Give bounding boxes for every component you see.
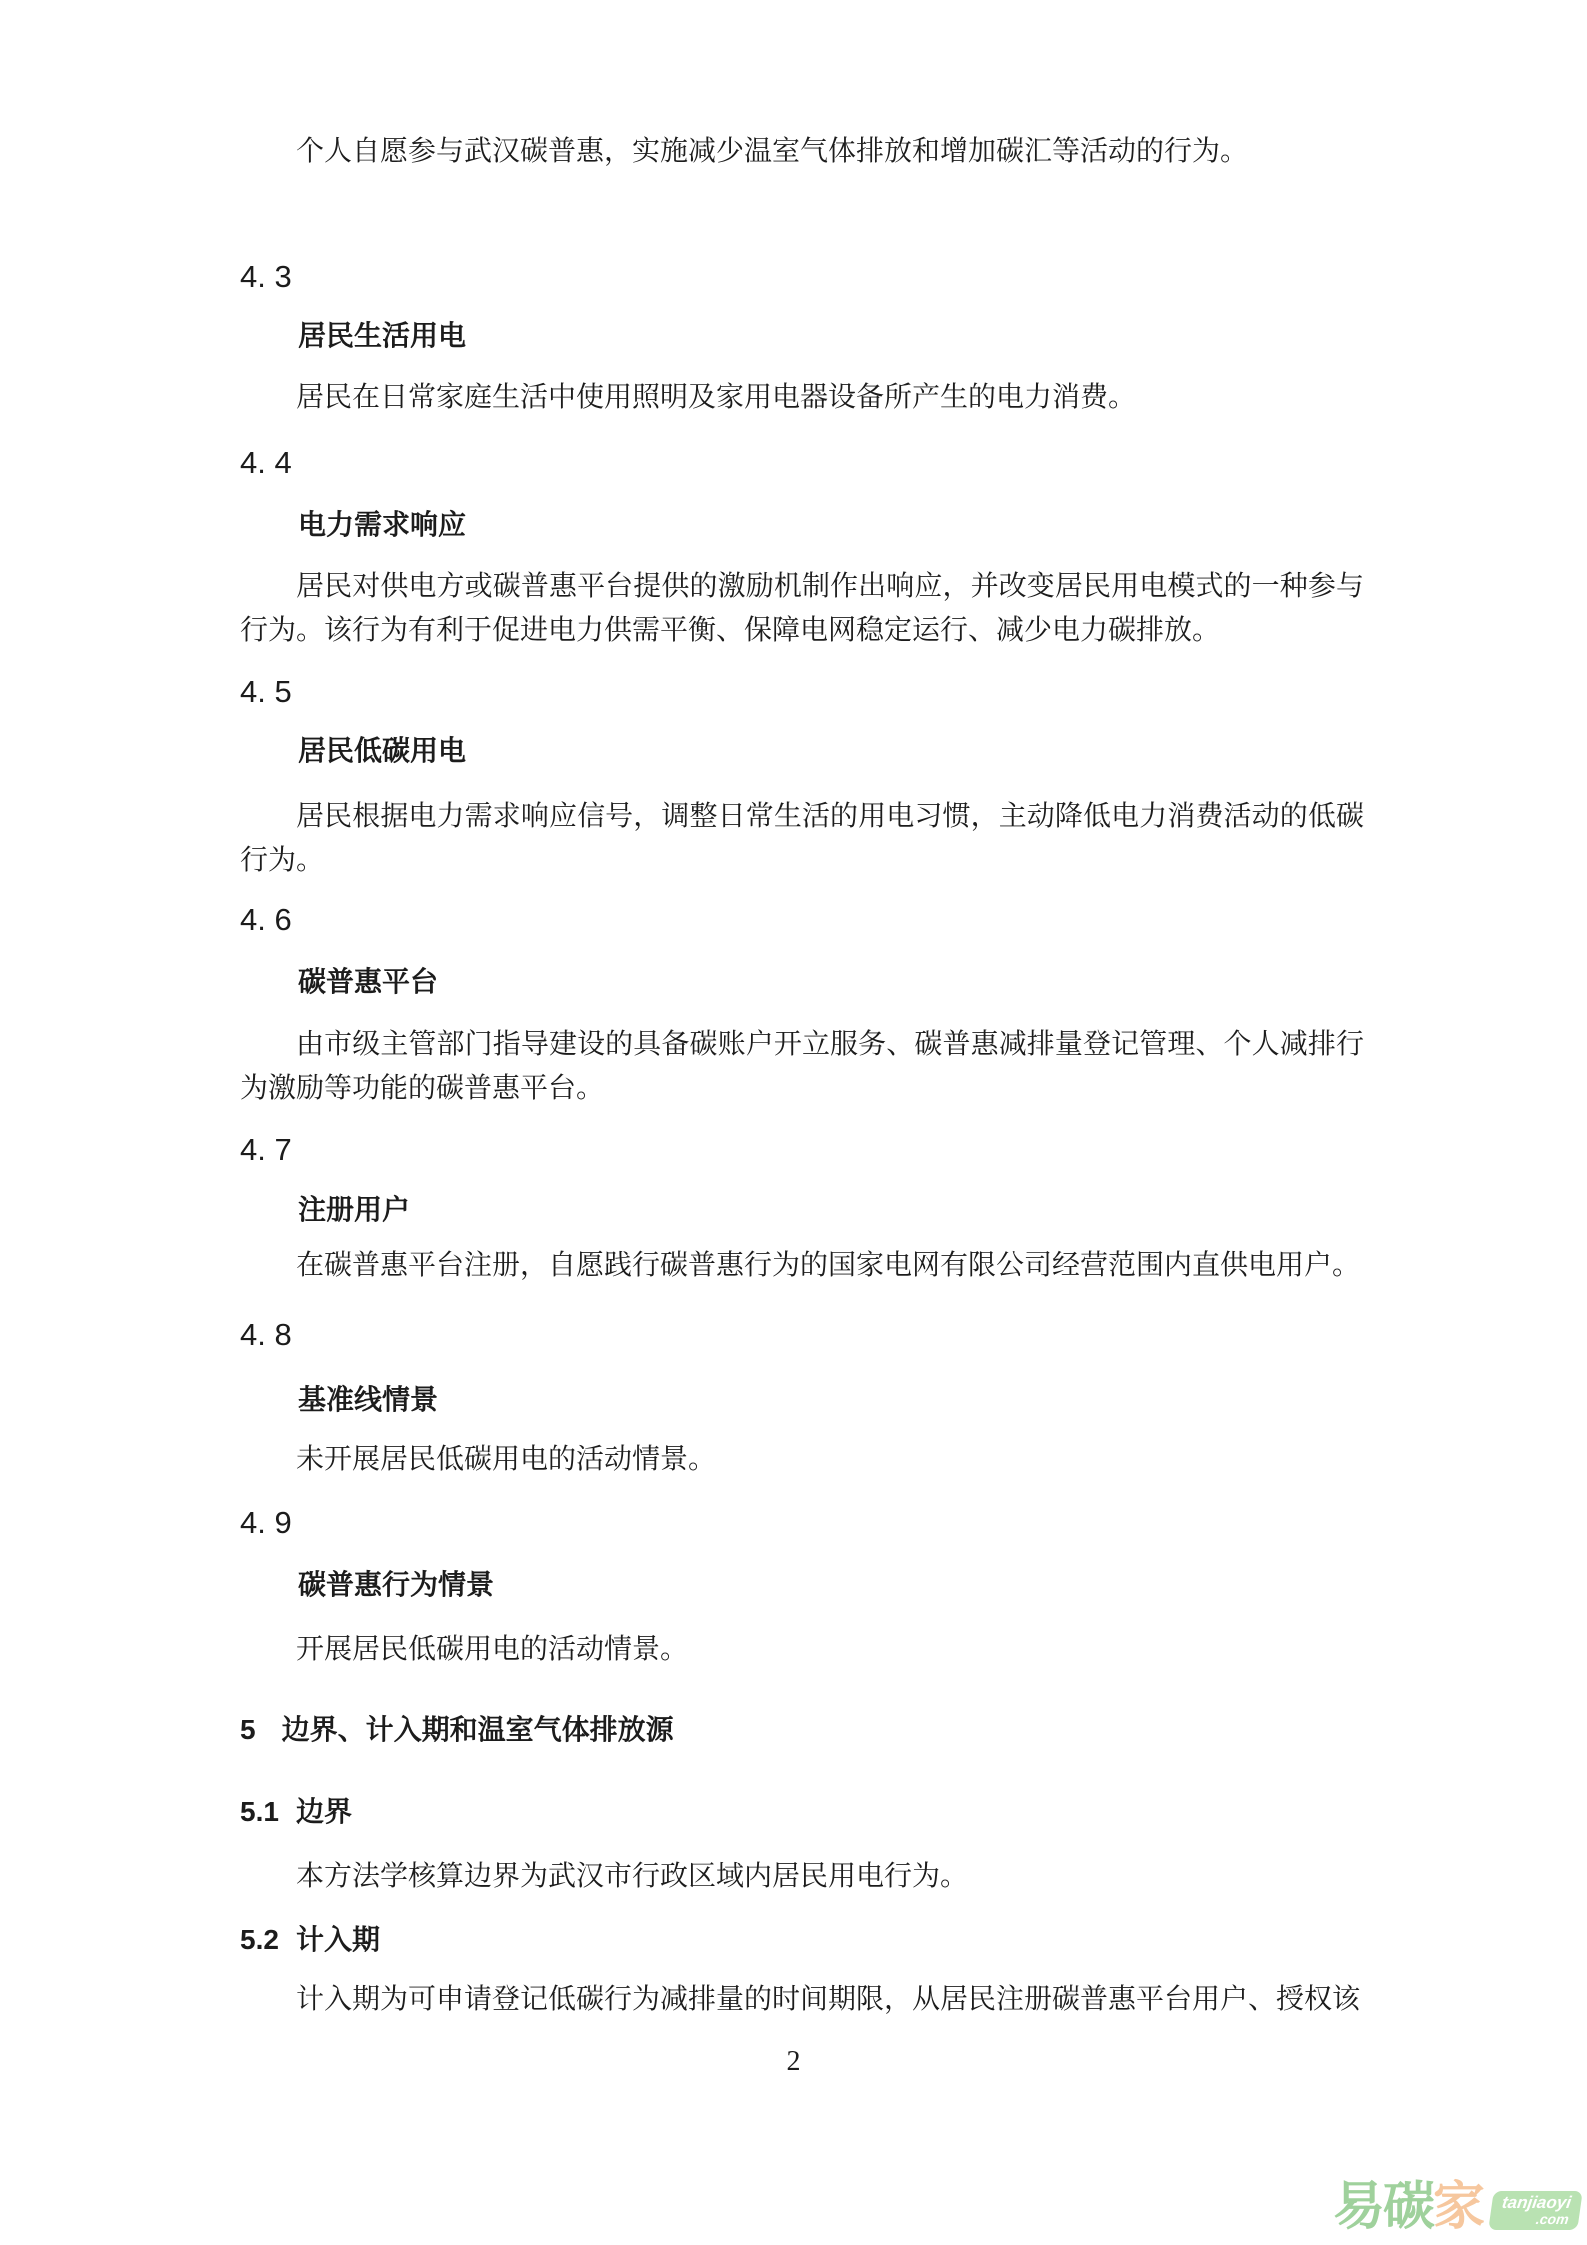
term-number-4-3: 4. 3 — [240, 255, 1364, 299]
term-definition-4-3: 居民在日常家庭生活中使用照明及家用电器设备所产生的电力消费。 — [240, 376, 1364, 420]
term-title-4-7: 注册用户 — [240, 1188, 1364, 1232]
term-definition-4-7: 在碳普惠平台注册，自愿践行碳普惠行为的国家电网有限公司经营范围内直供电用户。 — [240, 1244, 1364, 1288]
term-definition-4-9: 开展居民低碳用电的活动情景。 — [240, 1628, 1364, 1672]
section-5-title: 边界、计入期和温室气体排放源 — [282, 1714, 674, 1745]
section-5-1-heading: 5.1边界 — [240, 1790, 1364, 1834]
term-title-4-6: 碳普惠平台 — [240, 960, 1364, 1004]
watermark-domain-tld: .com — [1535, 2212, 1570, 2226]
document-page: 个人自愿参与武汉碳普惠，实施减少温室气体排放和增加碳汇等活动的行为。 4. 3 … — [0, 0, 1587, 2245]
intro-paragraph: 个人自愿参与武汉碳普惠，实施减少温室气体排放和增加碳汇等活动的行为。 — [240, 130, 1364, 174]
term-title-4-8: 基准线情景 — [240, 1378, 1364, 1422]
document-content: 个人自愿参与武汉碳普惠，实施减少温室气体排放和增加碳汇等活动的行为。 4. 3 … — [240, 0, 1364, 2022]
term-number-4-9: 4. 9 — [240, 1501, 1364, 1545]
term-number-4-4: 4. 4 — [240, 441, 1364, 485]
term-number-4-5: 4. 5 — [240, 670, 1364, 714]
section-5-1-number: 5.1 — [240, 1796, 279, 1827]
section-5-2-heading: 5.2计入期 — [240, 1918, 1364, 1962]
term-definition-4-8: 未开展居民低碳用电的活动情景。 — [240, 1438, 1364, 1482]
watermark-char-yi: 易 — [1333, 2181, 1383, 2233]
section-5-1-title: 边界 — [296, 1796, 352, 1827]
term-title-4-4: 电力需求响应 — [240, 503, 1364, 547]
term-number-4-8: 4. 8 — [240, 1313, 1364, 1357]
section-5-1-body: 本方法学核算边界为武汉市行政区域内居民用电行为。 — [240, 1855, 1364, 1899]
watermark-domain-badge: tanjiaoyi .com — [1488, 2191, 1582, 2230]
watermark-domain-name: tanjiaoyi — [1501, 2194, 1572, 2212]
term-number-4-7: 4. 7 — [240, 1128, 1364, 1172]
term-title-4-5: 居民低碳用电 — [240, 729, 1364, 773]
term-title-4-3: 居民生活用电 — [240, 314, 1364, 358]
term-definition-4-6: 由市级主管部门指导建设的具备碳账户开立服务、碳普惠减排量登记管理、个人减排行为激… — [240, 1023, 1364, 1111]
term-number-4-6: 4. 6 — [240, 898, 1364, 942]
page-number: 2 — [0, 2040, 1587, 2084]
section-5-2-title: 计入期 — [296, 1924, 380, 1955]
term-definition-4-4: 居民对供电方或碳普惠平台提供的激励机制作出响应，并改变居民用电模式的一种参与行为… — [240, 565, 1364, 653]
watermark-char-jia: 家 — [1433, 2181, 1483, 2233]
section-5-heading: 5边界、计入期和温室气体排放源 — [240, 1708, 1364, 1752]
tanjiaoyi-watermark-logo: 易 碳 家 tanjiaoyi .com — [1333, 2181, 1580, 2233]
term-title-4-9: 碳普惠行为情景 — [240, 1563, 1364, 1607]
watermark-char-tan: 碳 — [1383, 2181, 1433, 2233]
section-5-2-number: 5.2 — [240, 1924, 279, 1955]
section-5-number: 5 — [240, 1714, 256, 1745]
section-5-2-body: 计入期为可申请登记低碳行为减排量的时间期限，从居民注册碳普惠平台用户、授权该 — [240, 1978, 1364, 2022]
term-definition-4-5: 居民根据电力需求响应信号，调整日常生活的用电习惯，主动降低电力消费活动的低碳行为… — [240, 795, 1364, 883]
